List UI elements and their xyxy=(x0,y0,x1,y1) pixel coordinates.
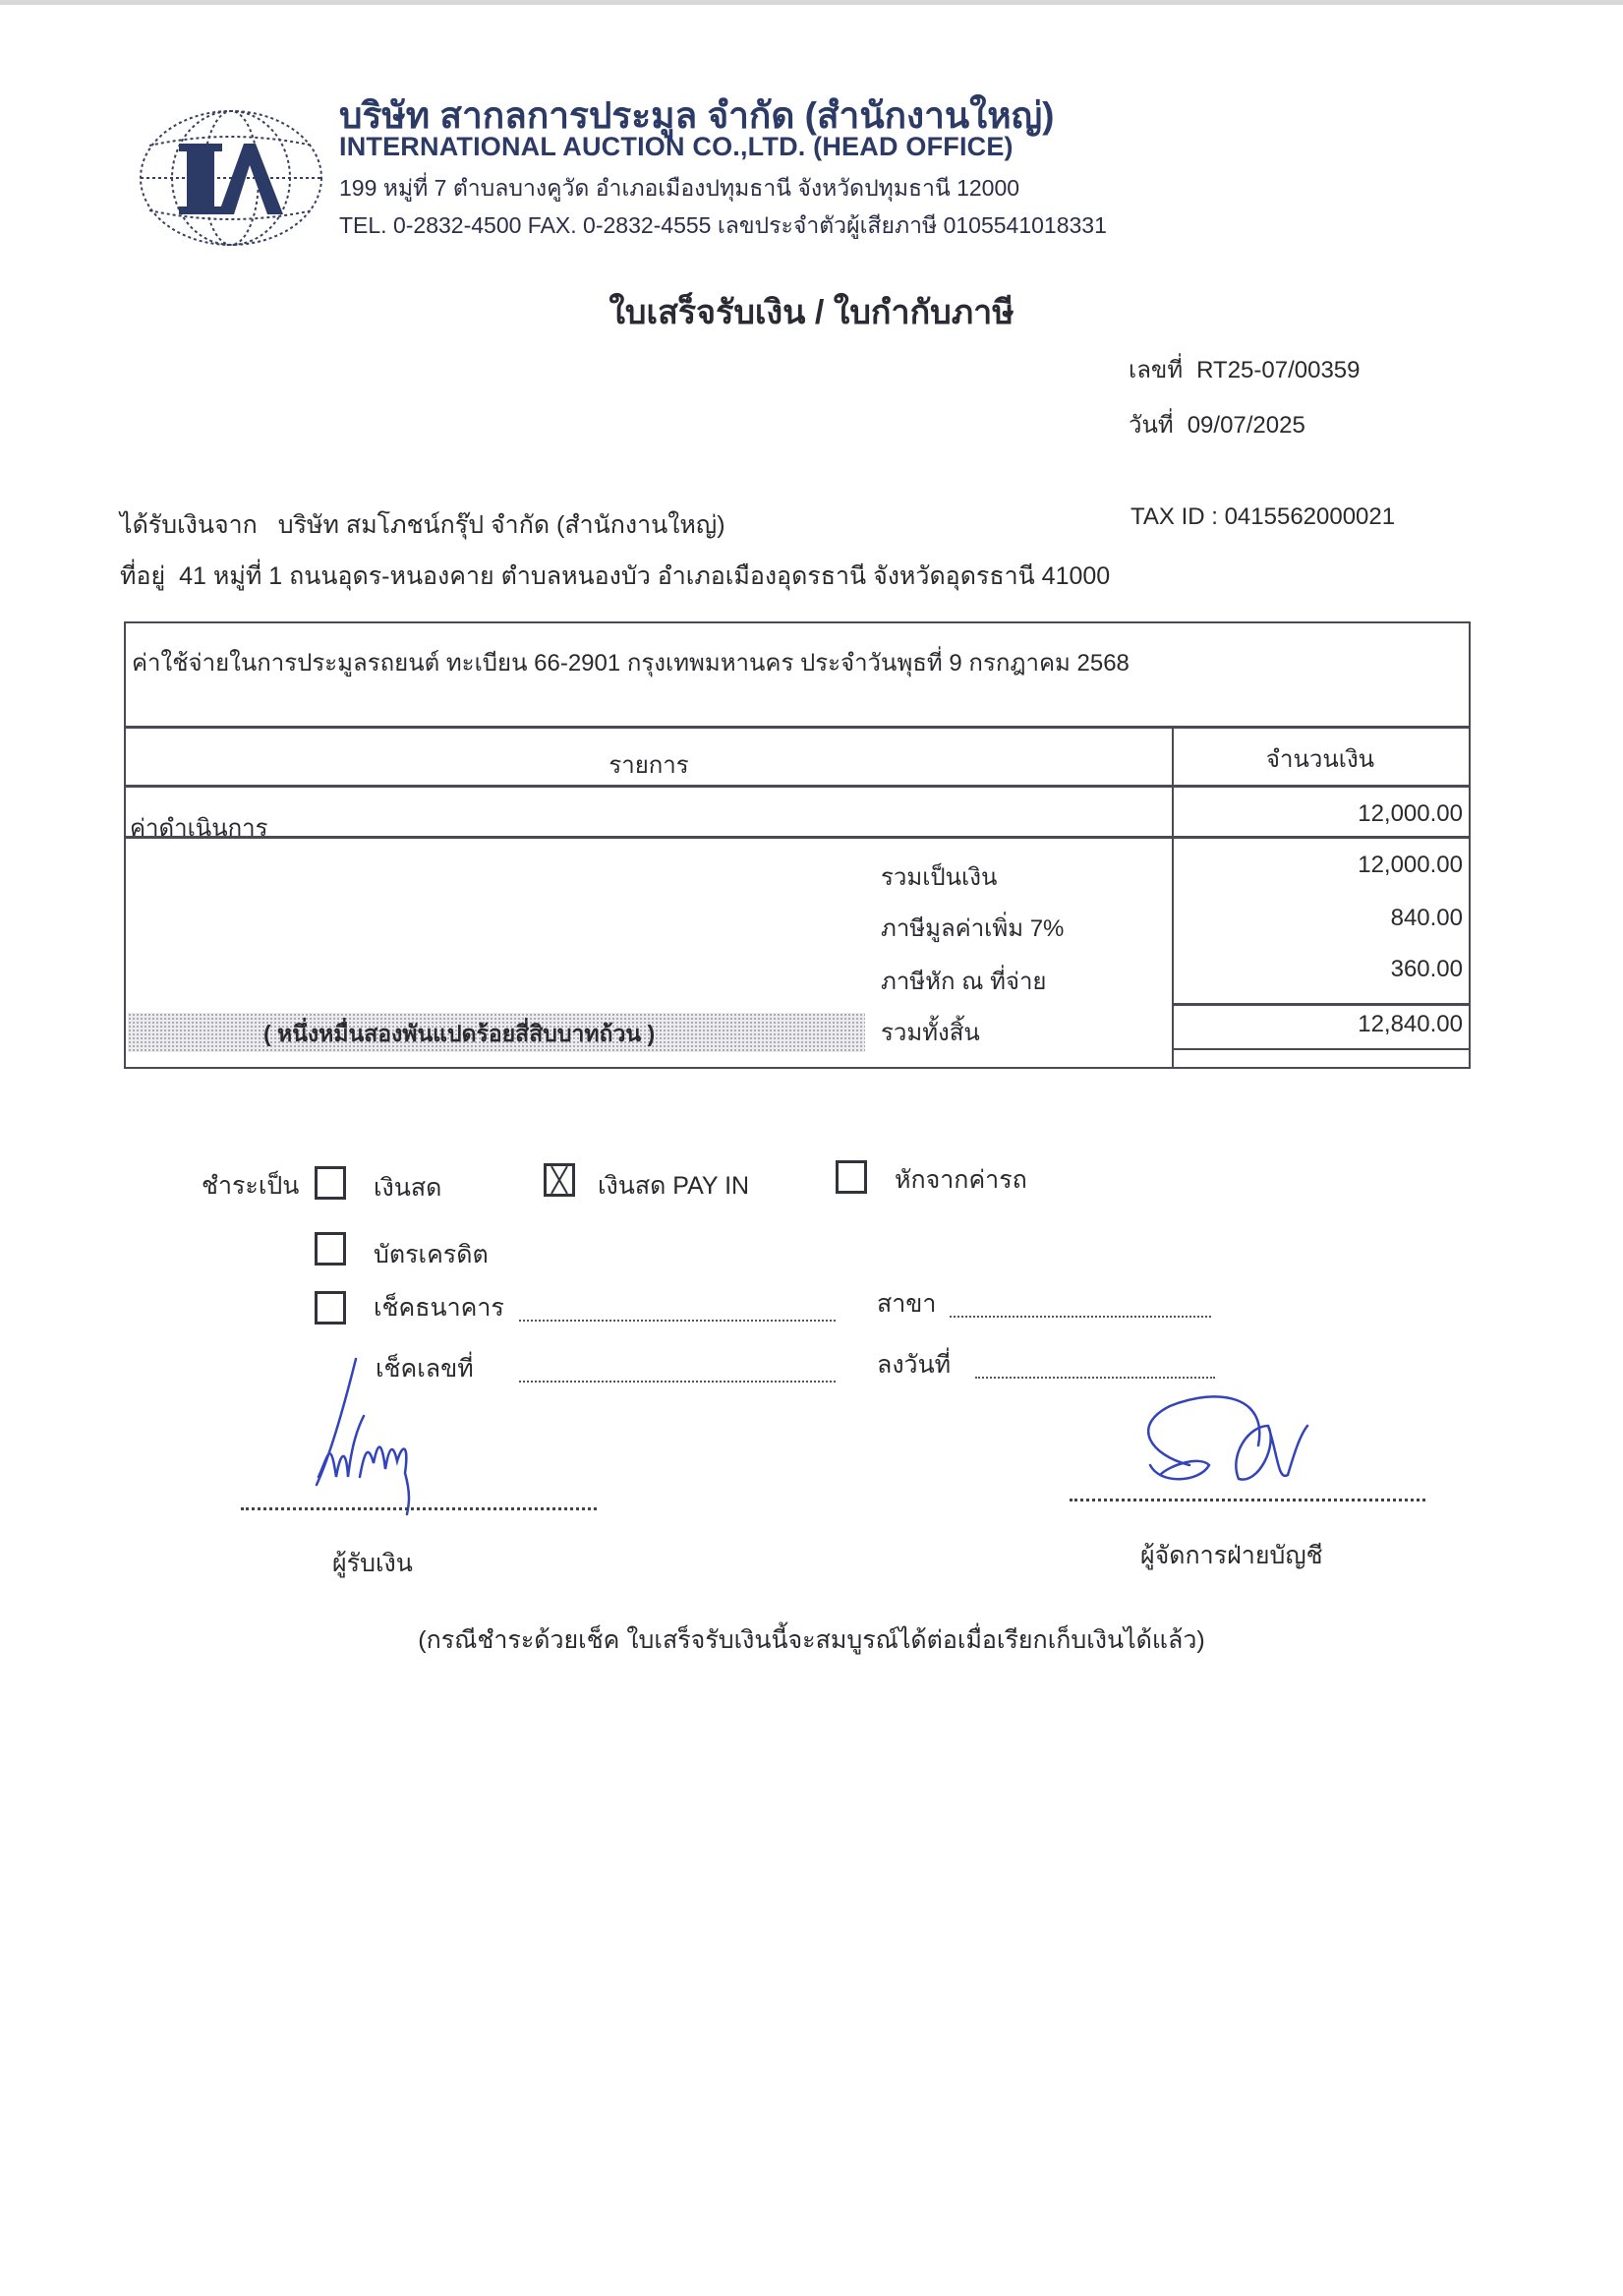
checkbox-cash-pay-in[interactable] xyxy=(544,1163,575,1197)
manager-signature-line xyxy=(1070,1499,1425,1501)
divider xyxy=(126,836,1469,839)
divider xyxy=(1172,1003,1469,1006)
payment-method-label: ชำระเป็น xyxy=(202,1166,299,1206)
option-credit-card-label: บัตรเครดิต xyxy=(374,1235,489,1274)
vat-amount: 840.00 xyxy=(1188,905,1463,932)
company-contact: TEL. 0-2832-4500 FAX. 0-2832-4555 เลขประ… xyxy=(339,208,1107,244)
column-header-amount: จำนวนเงิน xyxy=(1172,739,1469,778)
customer-address-value: 41 หมู่ที่ 1 ถนนอุดร-หนองคาย ตำบลหนองบัว… xyxy=(179,562,1110,590)
cheque-date-field[interactable] xyxy=(975,1377,1215,1379)
grand-total-amount: 12,840.00 xyxy=(1188,1011,1463,1038)
company-logo-globe-icon xyxy=(138,108,324,248)
option-cash-pay-in-label: เงินสด PAY IN xyxy=(598,1166,749,1206)
checkbox-credit-card[interactable] xyxy=(315,1232,346,1266)
branch-field[interactable] xyxy=(950,1316,1211,1318)
tax-id-value: 0415562000021 xyxy=(1225,503,1396,530)
document-date-value: 09/07/2025 xyxy=(1188,412,1305,439)
subtotal-label: รวมเป็นเงิน xyxy=(881,857,997,896)
subtotal-amount: 12,000.00 xyxy=(1188,852,1463,879)
company-address: 199 หมู่ที่ 7 ตำบลบางคูวัด อำเภอเมืองปทุ… xyxy=(339,171,1019,206)
checkbox-deduct-from-car[interactable] xyxy=(836,1160,867,1194)
accounting-manager-label: ผู้จัดการฝ่ายบัญชี xyxy=(1140,1536,1323,1575)
tax-id-label: TAX ID : xyxy=(1130,503,1218,530)
document-date: วันที่09/07/2025 xyxy=(1129,405,1305,443)
cheque-date-label: ลงวันที่ xyxy=(877,1345,951,1384)
option-cash-label: เงินสด xyxy=(374,1168,441,1207)
divider xyxy=(126,785,1469,788)
customer-name: บริษัท สมโภชน์กรุ๊ป จำกัด (สำนักงานใหญ่) xyxy=(278,511,725,539)
withholding-amount: 360.00 xyxy=(1188,956,1463,983)
checkbox-bank-cheque[interactable] xyxy=(315,1291,346,1325)
received-from-label: ได้รับเงินจาก xyxy=(120,511,258,539)
document-number: เลขที่RT25-07/00359 xyxy=(1129,350,1361,388)
customer-address-label: ที่อยู่ xyxy=(120,562,165,590)
cheque-note: (กรณีชำระด้วยเช็ค ใบเสร็จรับเงินนี้จะสมบ… xyxy=(0,1620,1623,1660)
row-item: ค่าดำเนินการ xyxy=(130,808,268,847)
document-number-label: เลขที่ xyxy=(1129,357,1183,383)
withholding-label: ภาษีหัก ณ ที่จ่าย xyxy=(881,962,1047,1000)
document-number-value: RT25-07/00359 xyxy=(1196,357,1360,383)
branch-label: สาขา xyxy=(877,1284,936,1324)
document-date-label: วันที่ xyxy=(1129,412,1174,439)
vat-label: ภาษีมูลค่าเพิ่ม 7% xyxy=(881,909,1064,947)
amount-in-words: ( หนึ่งหมื่นสองพันแปดร้อยสี่สิบบาทถ้วน ) xyxy=(263,1017,655,1052)
company-name-english: INTERNATIONAL AUCTION CO.,LTD. (HEAD OFF… xyxy=(339,132,1014,162)
divider xyxy=(1172,1048,1469,1050)
customer-address: ที่อยู่41 หมู่ที่ 1 ถนนอุดร-หนองคาย ตำบล… xyxy=(120,557,1110,596)
scan-edge xyxy=(0,0,1623,5)
divider xyxy=(126,726,1469,729)
received-from: ได้รับเงินจาก บริษัท สมโภชน์กรุ๊ป จำกัด … xyxy=(120,505,725,545)
receiver-signature-icon xyxy=(295,1347,492,1514)
checkbox-cash[interactable] xyxy=(315,1166,346,1200)
row-amount: 12,000.00 xyxy=(1188,800,1463,828)
manager-signature-icon xyxy=(1130,1386,1366,1495)
items-table: ค่าใช้จ่ายในการประมูลรถยนต์ ทะเบียน 66-2… xyxy=(124,621,1471,1069)
bank-cheque-field[interactable] xyxy=(519,1320,836,1322)
cheque-number-field[interactable] xyxy=(519,1381,836,1383)
option-deduct-from-car-label: หักจากค่ารถ xyxy=(895,1160,1027,1200)
customer-tax-id: TAX ID : 0415562000021 xyxy=(1130,503,1395,531)
option-bank-cheque-label: เช็คธนาคาร xyxy=(374,1288,504,1327)
grand-total-label: รวมทั้งสิ้น xyxy=(881,1013,980,1051)
receiver-signature-line xyxy=(241,1507,597,1510)
document-title: ใบเสร็จรับเงิน / ใบกำกับภาษี xyxy=(0,285,1623,338)
receiver-label: ผู้รับเงิน xyxy=(332,1544,413,1583)
column-header-item: รายการ xyxy=(126,745,1172,784)
table-description: ค่าใช้จ่ายในการประมูลรถยนต์ ทะเบียน 66-2… xyxy=(132,643,1130,681)
